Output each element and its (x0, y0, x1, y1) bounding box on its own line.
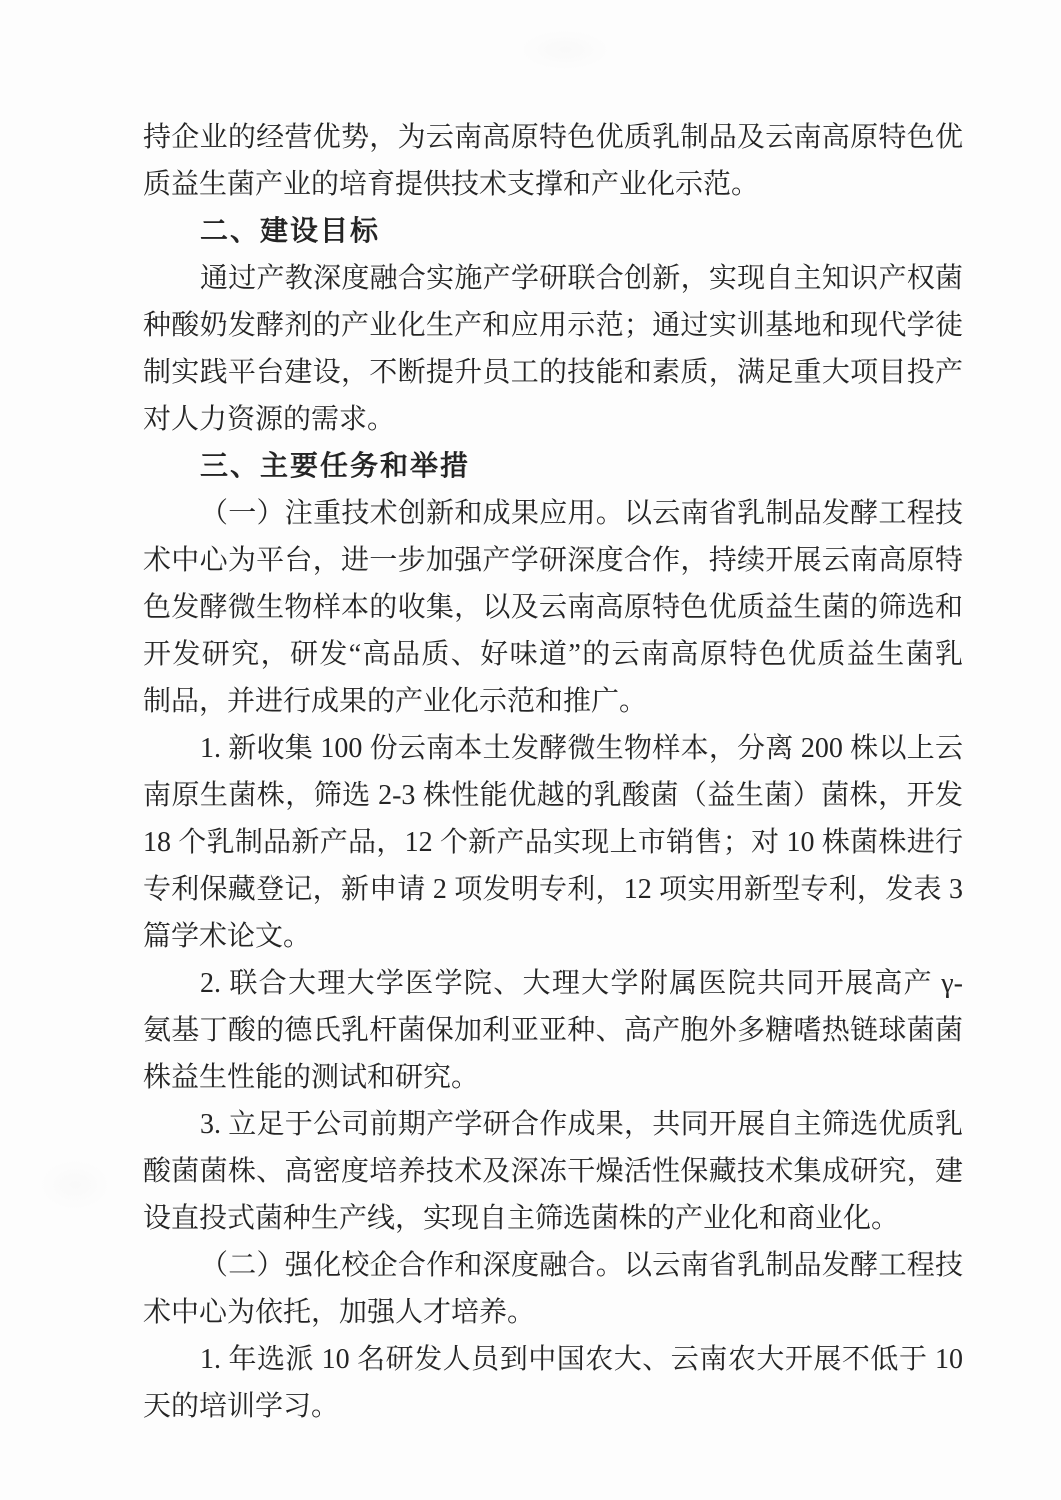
doc-line-12: 开发研究，研发“高品质、好味道”的云南高原特色优质益生菌乳 (143, 631, 963, 678)
doc-line-19: 2. 联合大理大学医学院、大理大学附属医院共同开展高产 γ- (143, 960, 963, 1007)
doc-line-27: 1. 年选派 10 名研发人员到中国农大、云南农大开展不低于 10 (143, 1336, 963, 1383)
doc-line-24: 设直投式菌种生产线，实现自主筛选菌株的产业化和商业化。 (143, 1195, 963, 1242)
section-heading-3: 三、主要任务和举措 (143, 443, 963, 490)
scan-artifact (40, 1160, 110, 1210)
doc-line-09: （一）注重技术创新和成果应用。以云南省乳制品发酵工程技 (143, 490, 963, 537)
doc-line-22: 3. 立足于公司前期产学研合作成果，共同开展自主筛选优质乳 (143, 1101, 963, 1148)
doc-line-25: （二）强化校企合作和深度融合。以云南省乳制品发酵工程技 (143, 1242, 963, 1289)
doc-line-06: 制实践平台建设，不断提升员工的技能和素质，满足重大项目投产 (143, 349, 963, 396)
doc-line-04: 通过产教深度融合实施产学研联合创新，实现自主知识产权菌 (143, 255, 963, 302)
doc-line-23: 酸菌菌株、高密度培养技术及深冻干燥活性保藏技术集成研究，建 (143, 1148, 963, 1195)
doc-line-07: 对人力资源的需求。 (143, 396, 963, 443)
section-heading-2: 二、建设目标 (143, 208, 963, 255)
doc-line-02: 质益生菌产业的培育提供技术支撑和产业化示范。 (143, 161, 963, 208)
doc-line-18: 篇学术论文。 (143, 913, 963, 960)
document-body: 持企业的经营优势，为云南高原特色优质乳制品及云南高原特色优 质益生菌产业的培育提… (143, 114, 963, 1430)
doc-line-15: 南原生菌株，筛选 2-3 株性能优越的乳酸菌（益生菌）菌株，开发 (143, 772, 963, 819)
doc-line-13: 制品，并进行成果的产业化示范和推广。 (143, 678, 963, 725)
doc-line-05: 种酸奶发酵剂的产业化生产和应用示范；通过实训基地和现代学徒 (143, 302, 963, 349)
doc-line-28: 天的培训学习。 (143, 1383, 963, 1430)
doc-line-14: 1. 新收集 100 份云南本土发酵微生物样本，分离 200 株以上云 (143, 725, 963, 772)
doc-line-01: 持企业的经营优势，为云南高原特色优质乳制品及云南高原特色优 (143, 114, 963, 161)
scan-artifact (520, 30, 610, 70)
doc-line-17: 专利保藏登记，新申请 2 项发明专利，12 项实用新型专利，发表 3 (143, 866, 963, 913)
doc-line-16: 18 个乳制品新产品，12 个新产品实现上市销售；对 10 株菌株进行 (143, 819, 963, 866)
doc-line-10: 术中心为平台，进一步加强产学研深度合作，持续开展云南高原特 (143, 537, 963, 584)
doc-line-21: 株益生性能的测试和研究。 (143, 1054, 963, 1101)
doc-line-26: 术中心为依托，加强人才培养。 (143, 1289, 963, 1336)
doc-line-20: 氨基丁酸的德氏乳杆菌保加利亚亚种、高产胞外多糖嗜热链球菌菌 (143, 1007, 963, 1054)
doc-line-11: 色发酵微生物样本的收集，以及云南高原特色优质益生菌的筛选和 (143, 584, 963, 631)
document-page: 持企业的经营优势，为云南高原特色优质乳制品及云南高原特色优 质益生菌产业的培育提… (0, 0, 1061, 1500)
